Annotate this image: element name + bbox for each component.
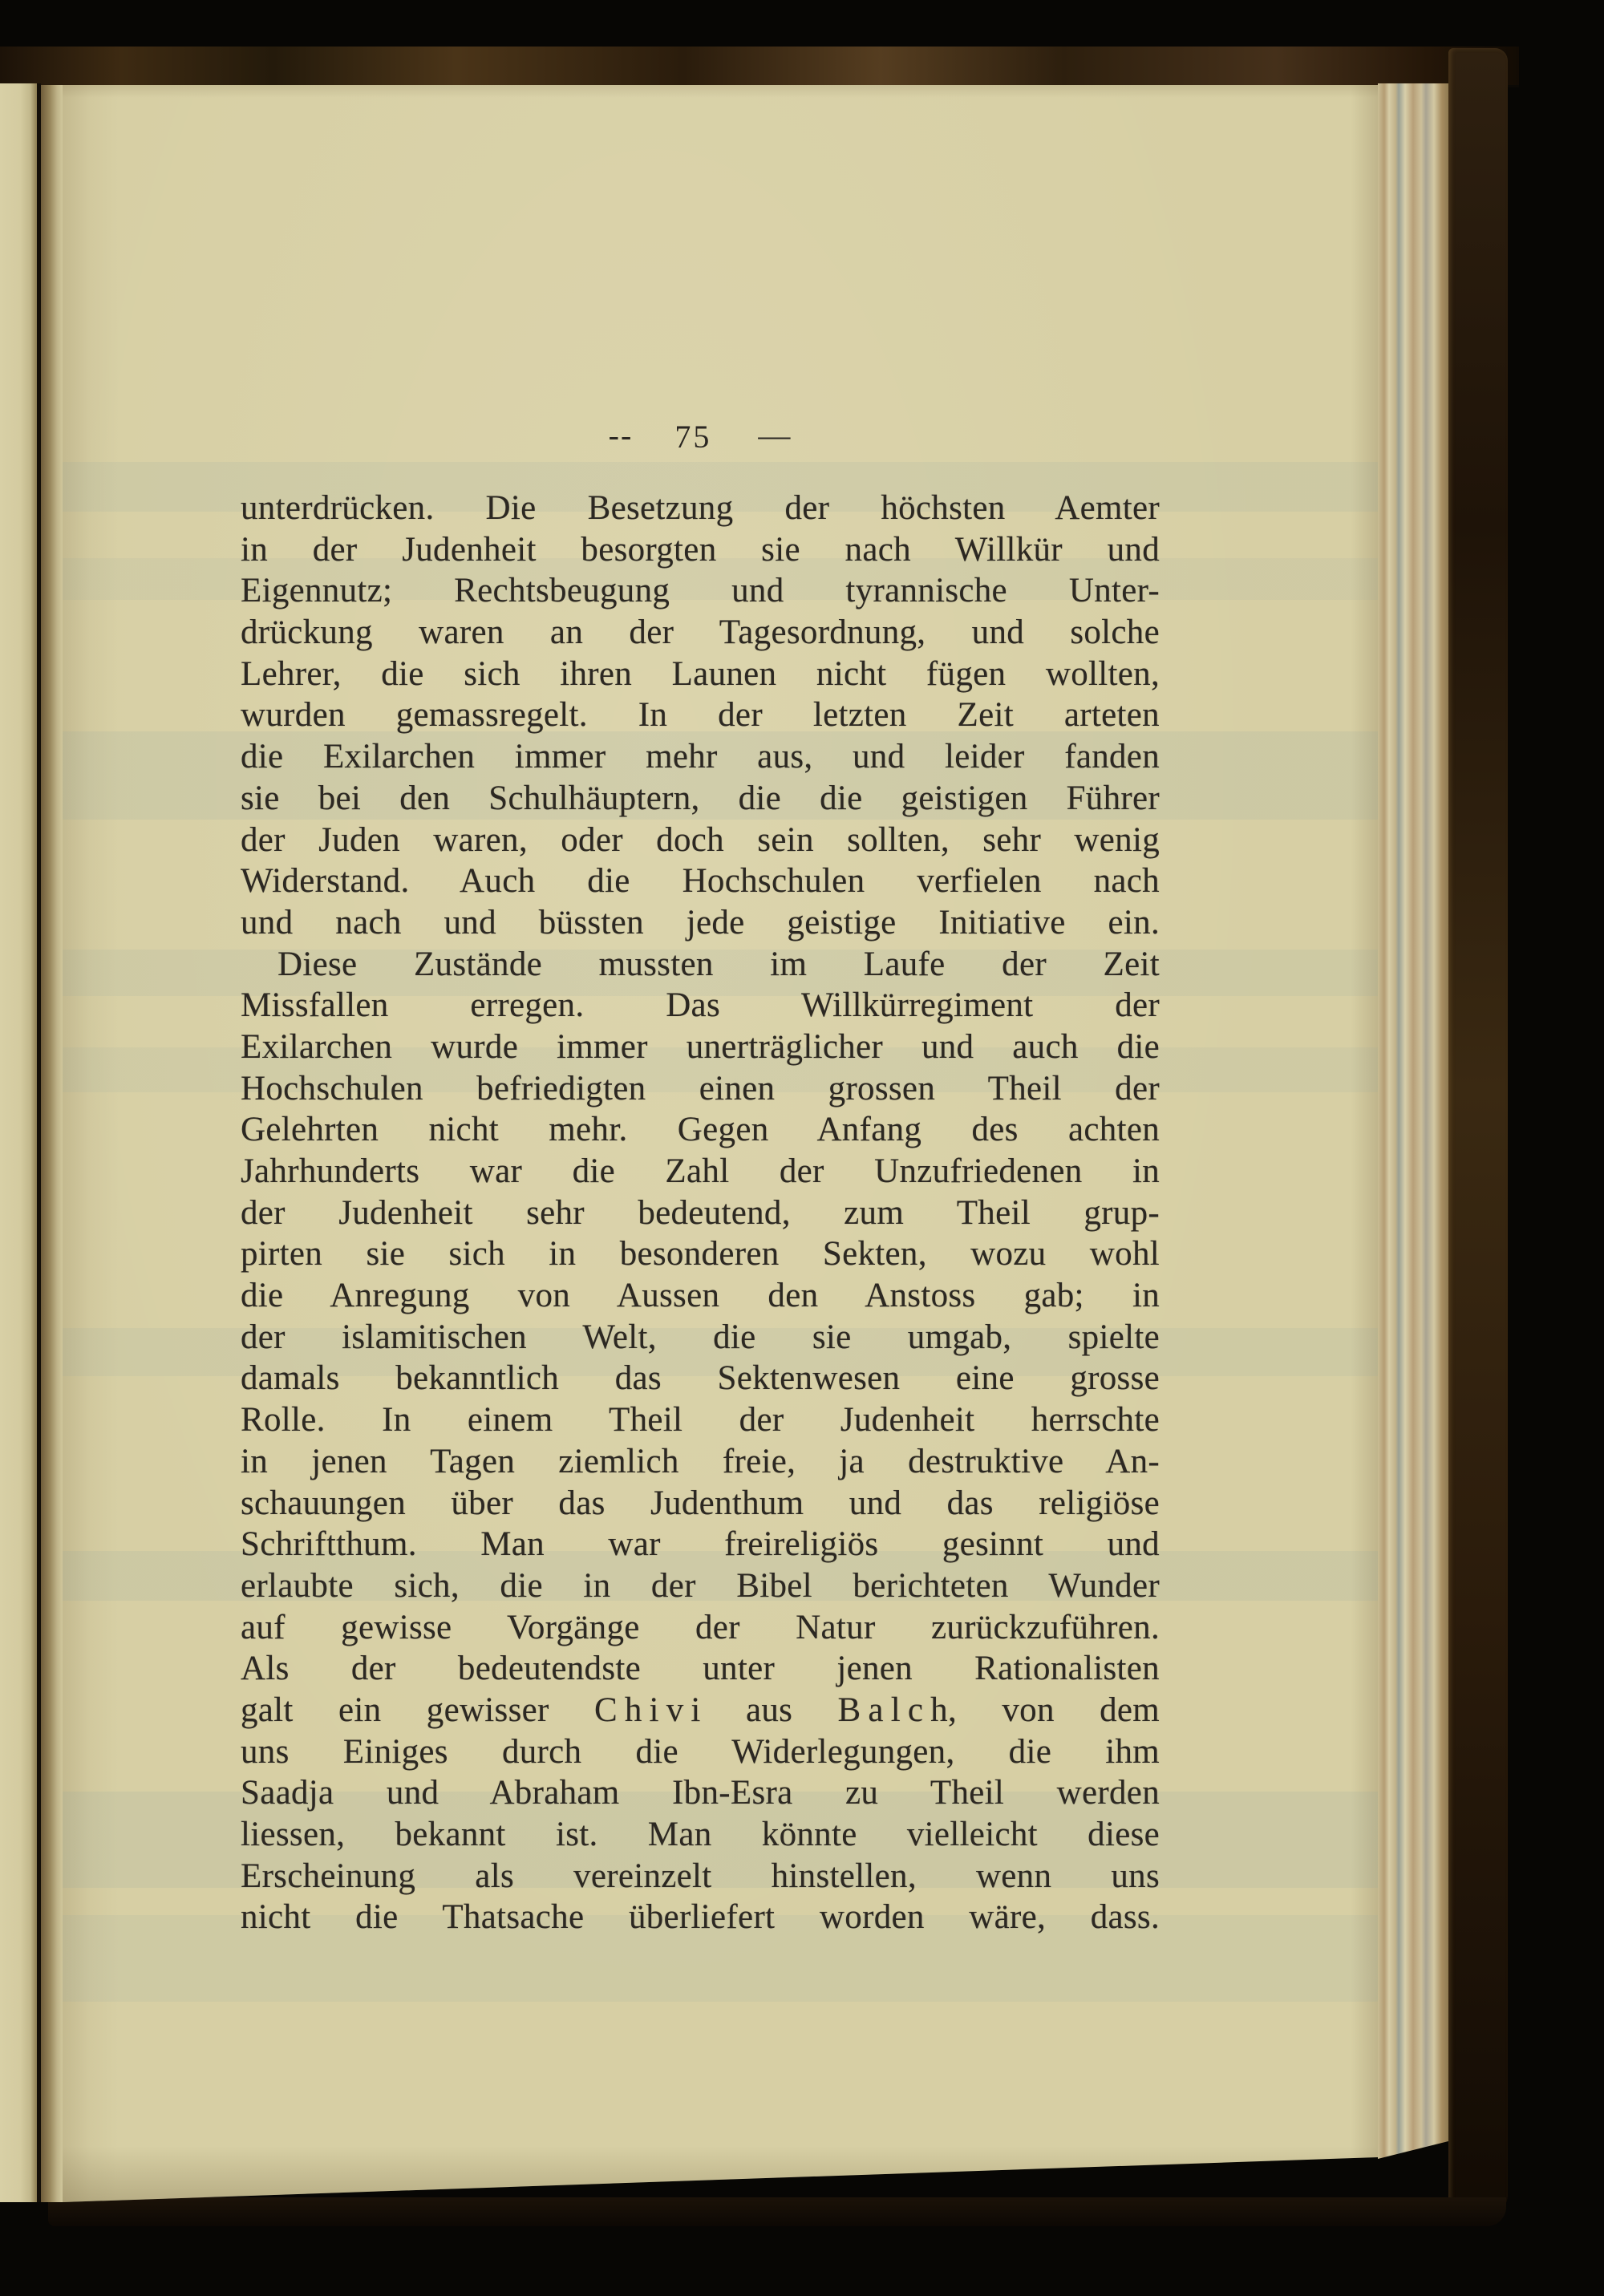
text-line: sie bei den Schulhäuptern, die die geist… — [241, 778, 1160, 820]
text-line: liessen, bekannt ist. Man könnte viellei… — [241, 1814, 1160, 1856]
text-line: Diese Zustände mussten im Laufe der Zeit — [241, 944, 1160, 986]
page-number: 75 — [674, 418, 711, 456]
text-line: der islamitischen Welt, die sie umgab, s… — [241, 1317, 1160, 1359]
book-page: -- 75 — unterdrücken. Die Besetzung der … — [63, 85, 1378, 2202]
text-line: Lehrer, die sich ihren Launen nicht füge… — [241, 654, 1160, 695]
text-line: Exilarchen wurde immer unerträglicher un… — [241, 1027, 1160, 1068]
text-line: pirten sie sich in besonderen Sekten, wo… — [241, 1233, 1160, 1275]
text-line: Erscheinung als vereinzelt hinstellen, w… — [241, 1856, 1160, 1897]
text-block: unterdrücken. Die Besetzung der höchsten… — [241, 488, 1160, 1938]
text-line: erlaubte sich, die in der Bibel berichte… — [241, 1565, 1160, 1607]
facing-page-edge — [0, 83, 37, 2202]
text-line: in der Judenheit besorgten sie nach Will… — [241, 529, 1160, 571]
page-number-right-dash: — — [758, 416, 792, 454]
text-line: und nach und büssten jede geistige Initi… — [241, 902, 1160, 944]
text-line: drückung waren an der Tagesordnung, und … — [241, 612, 1160, 654]
text-line: wurden gemassregelt. In der letzten Zeit… — [241, 694, 1160, 736]
text-line: schauungen über das Judenthum und das re… — [241, 1483, 1160, 1525]
gutter-shadow — [41, 85, 63, 2202]
text-line: die Exilarchen immer mehr aus, und leide… — [241, 736, 1160, 778]
scanned-book-photo: -- 75 — unterdrücken. Die Besetzung der … — [0, 0, 1604, 2296]
text-line: unterdrücken. Die Besetzung der höchsten… — [241, 488, 1160, 529]
book-cover-right-edge — [1448, 48, 1508, 2218]
fore-edge-page-stack — [1378, 83, 1448, 2159]
text-line: uns Einiges durch die Widerlegungen, die… — [241, 1731, 1160, 1773]
text-line: Hochschulen befriedigten einen grossen T… — [241, 1068, 1160, 1110]
text-line: Jahrhunderts war die Zahl der Unzufriede… — [241, 1151, 1160, 1193]
text-line: Als der bedeutendste unter jenen Rationa… — [241, 1648, 1160, 1690]
text-line: der Juden waren, oder doch sein sollten,… — [241, 820, 1160, 861]
text-line: auf gewisse Vorgänge der Natur zurückzuf… — [241, 1607, 1160, 1649]
text-line: die Anregung von Aussen den Anstoss gab;… — [241, 1275, 1160, 1317]
page-header: -- 75 — — [241, 411, 1160, 462]
text-line: Rolle. In einem Theil der Judenheit herr… — [241, 1399, 1160, 1441]
text-line: Gelehrten nicht mehr. Gegen Anfang des a… — [241, 1109, 1160, 1151]
text-line: Saadja und Abraham Ibn-Esra zu Theil wer… — [241, 1772, 1160, 1814]
page-number-left-dash: -- — [609, 416, 634, 454]
text-line: der Judenheit sehr bedeutend, zum Theil … — [241, 1193, 1160, 1234]
text-line: Eigennutz; Rechtsbeugung und tyrannische… — [241, 570, 1160, 612]
text-line: Widerstand. Auch die Hochschulen verfiel… — [241, 860, 1160, 902]
text-line: damals bekanntlich das Sektenwesen eine … — [241, 1358, 1160, 1399]
text-line: galt ein gewisser C h i v i aus B a l c … — [241, 1690, 1160, 1731]
book-cover-top-edge — [0, 47, 1519, 87]
text-line: in jenen Tagen ziemlich freie, ja destru… — [241, 1441, 1160, 1483]
book-cover-bottom-edge — [48, 2197, 1506, 2226]
text-line: Missfallen erregen. Das Willkürregiment … — [241, 985, 1160, 1027]
text-line: nicht die Thatsache überliefert worden w… — [241, 1897, 1160, 1938]
text-line: Schriftthum. Man war freireligiös gesinn… — [241, 1524, 1160, 1565]
